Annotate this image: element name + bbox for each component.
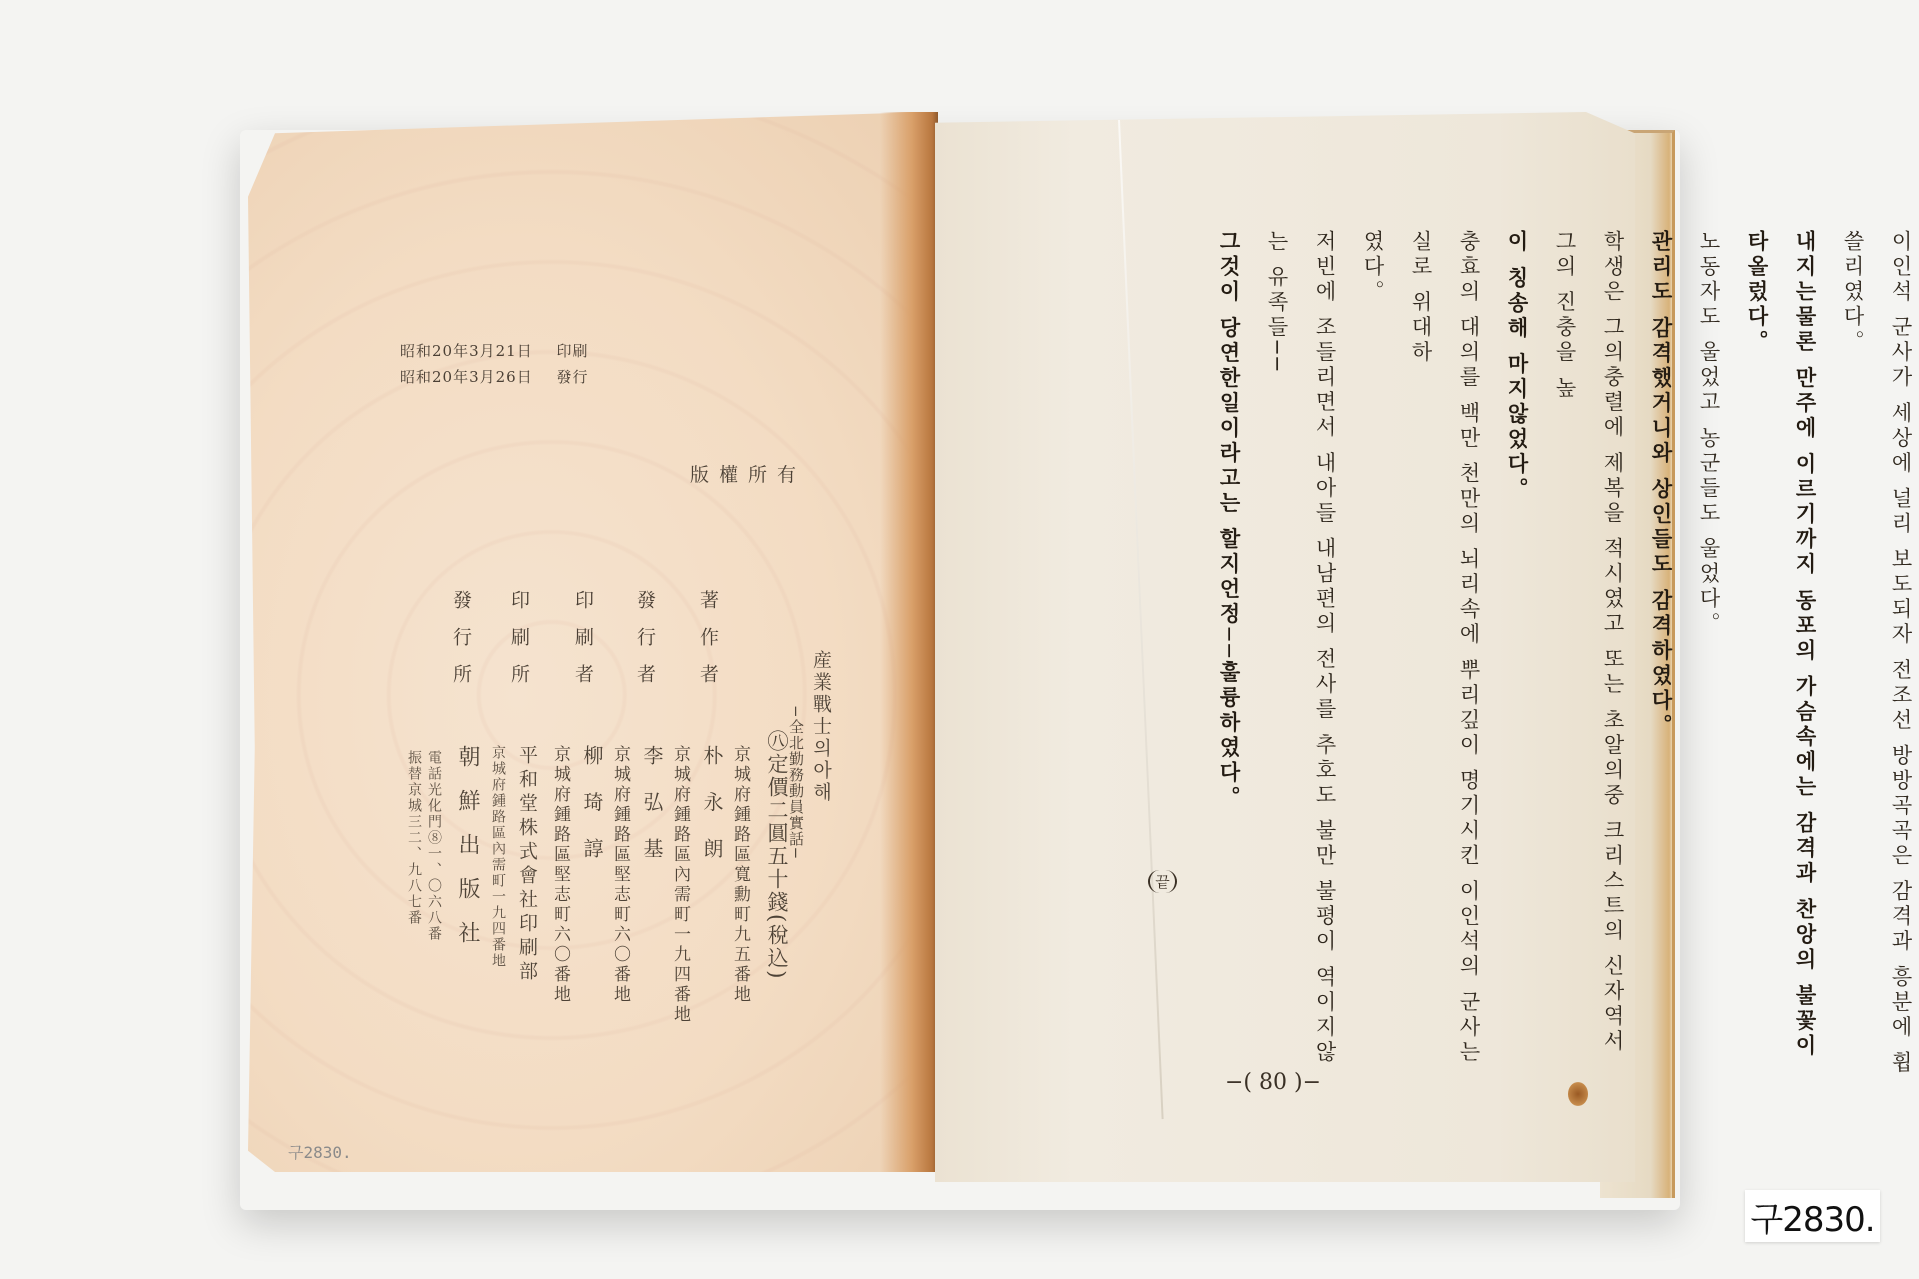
copyright-notice: 版權所有 [690, 460, 806, 487]
print-date: 昭和20年3月21日 印刷 [400, 340, 589, 361]
publisher-address: 京城府鍾路區內需町一九四番地 [668, 745, 693, 1025]
text-line: 였다。 [1349, 230, 1397, 1090]
catalog-label: 구2830. [1745, 1190, 1880, 1242]
text-line: 저빈에 조들리면서 내아들 내남편의 전사를 추호도 불만 불평이 역이지않는 … [1253, 230, 1349, 1090]
role-author: 著作者 [695, 590, 722, 701]
text-line: 충효의 대의를 백만 천만의 뇌리속에 뿌리깊이 명기시킨 이인석의 군사는 실… [1397, 230, 1493, 1090]
author-address: 京城府鍾路區寬勳町九五番地 [728, 745, 753, 1005]
publishing-house-address: 京城府鍾路區內需町一九四番地 [488, 745, 508, 969]
page-body-text: 이인석 군사가 세상에 널리 보도되자 전조선 방방곡곡은 감격과 흥분에 휩쓸… [1205, 230, 1919, 1090]
publisher-account: 振替京城三二、九八七番 [404, 750, 424, 926]
page-number: −( 80 )− [1225, 1070, 1321, 1095]
text-line: 노동자도 울었고 농군들도 울었다。 [1685, 230, 1733, 1090]
role-printer: 印刷者 [570, 590, 597, 701]
text-line: 그것이 당연한일이라고는 할지언정──훌륭하였다。 [1205, 230, 1253, 1090]
publishing-house-name: 朝鮮出版社 [452, 745, 483, 965]
role-publishing-house: 發行所 [448, 590, 475, 701]
role-print-house: 印刷所 [506, 590, 533, 701]
book-title: 産業戰士의아해 [808, 650, 835, 804]
printer-name: 柳 琦 諄 [578, 745, 607, 868]
print-house-name: 平和堂株式會社印刷部 [514, 745, 541, 985]
publisher-name: 李 弘 基 [638, 745, 667, 868]
role-publisher: 發行者 [632, 590, 659, 701]
text-line: 학생은 그의충렬에 제복을 적시였고 또는 초알의중 크리스트의 신자역서 그의… [1541, 230, 1637, 1090]
publish-date: 昭和20年3月26日 發行 [400, 366, 589, 387]
printer-address: 京城府鍾路區堅志町六〇番地 [608, 745, 633, 1005]
text-line: 이인석 군사가 세상에 널리 보도되자 전조선 방방곡곡은 감격과 흥분에 휩쓸… [1829, 230, 1919, 1090]
author-name: 朴 永 朗 [698, 745, 727, 868]
print-house-address: 京城府鍾路區堅志町六〇番地 [548, 745, 573, 1005]
text-line: 관리도 감격했거니와 상인들도 감격하였다。 [1637, 230, 1685, 1090]
text-line: 이 칭송해 마지않었다。 [1493, 230, 1541, 1090]
paper-stain [1568, 1082, 1588, 1106]
end-mark: 끝 [1148, 870, 1177, 893]
text-line: 내지는물론 만주에 이르기까지 동포의 가슴속에는 감격과 찬앙의 불꽃이 타올… [1733, 230, 1829, 1090]
pencil-catalog-mark: 구2830. [288, 1140, 352, 1163]
publisher-phone: 電話光化門⑧一、〇六八番 [424, 750, 444, 942]
book-price: ㊇定價二圓五十錢(稅込) [762, 730, 792, 980]
book-gutter [880, 112, 938, 1172]
